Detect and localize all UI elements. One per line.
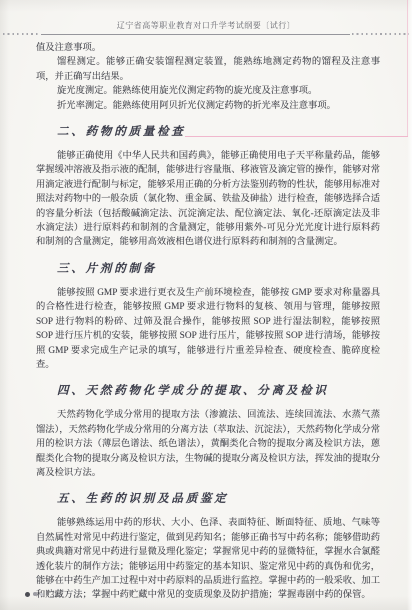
rule-dots-left [3,33,39,35]
paragraph-tablet-preparation: 能够按照 GMP 要求进行更衣及生产前环境检查，能够按 GMP 要求对称量器具的… [36,286,380,372]
paragraph-distillation: 馏程测定。能够正确安装馏程测定装置，能熟练地测定药物的馏程及注意事项，并正确写出… [36,55,380,84]
running-head-rule [0,33,412,35]
footer-dot-medium [33,592,37,596]
scan-artifact-pink-line-horizontal [185,136,408,137]
footer-dot-light [40,593,43,596]
footer-dot-dark [25,592,30,597]
section-heading-4: 四、天然药物化学成分的提取、分离及检识 [57,382,380,398]
section-heading-3: 三、片剂的制备 [57,260,380,276]
scan-artifact-pink-line-vertical [407,0,408,136]
paragraph-continuation: 值及注意事项。 [36,41,380,55]
page-number: 32 [50,589,59,599]
paragraph-crude-drug-identification: 能够熟练运用中药的形状、大小、色泽、表面特征、断面特征、质地、气味等自然属性对常… [36,516,380,602]
rule-line [41,34,350,35]
section-heading-5: 五、生药的识别及品质鉴定 [57,490,380,506]
paragraph-natural-extraction: 天然药物化学成分常用的提取方法（渗漉法、回流法、连续回流法、水蒸气蒸馏法），天然… [36,408,380,480]
scanned-document-page: 辽宁省高等职业教育对口升学考试纲要〔试行〕 值及注意事项。 馏程测定。能够正确安… [0,0,412,610]
running-head: 辽宁省高等职业教育对口升学考试纲要〔试行〕 [0,20,412,35]
running-head-title: 辽宁省高等职业教育对口升学考试纲要〔试行〕 [0,20,412,31]
page-footer: 32 [25,589,59,599]
paragraph-refractive-index: 折光率测定。能熟练使用阿贝折光仪测定药物的折光率及注意事项。 [36,99,380,113]
rule-dots-right [352,33,409,35]
document-body: 值及注意事项。 馏程测定。能够正确安装馏程测定装置，能熟练地测定药物的馏程及注意… [36,41,380,603]
paragraph-quality-inspection: 能够正确使用《中华人民共和国药典》，能够正确使用电子天平称量药品，能够掌握缓冲溶… [36,149,380,250]
paragraph-optical-rotation: 旋光度测定。能熟练使用旋光仪测定药物的旋光度及注意事项。 [36,84,380,98]
